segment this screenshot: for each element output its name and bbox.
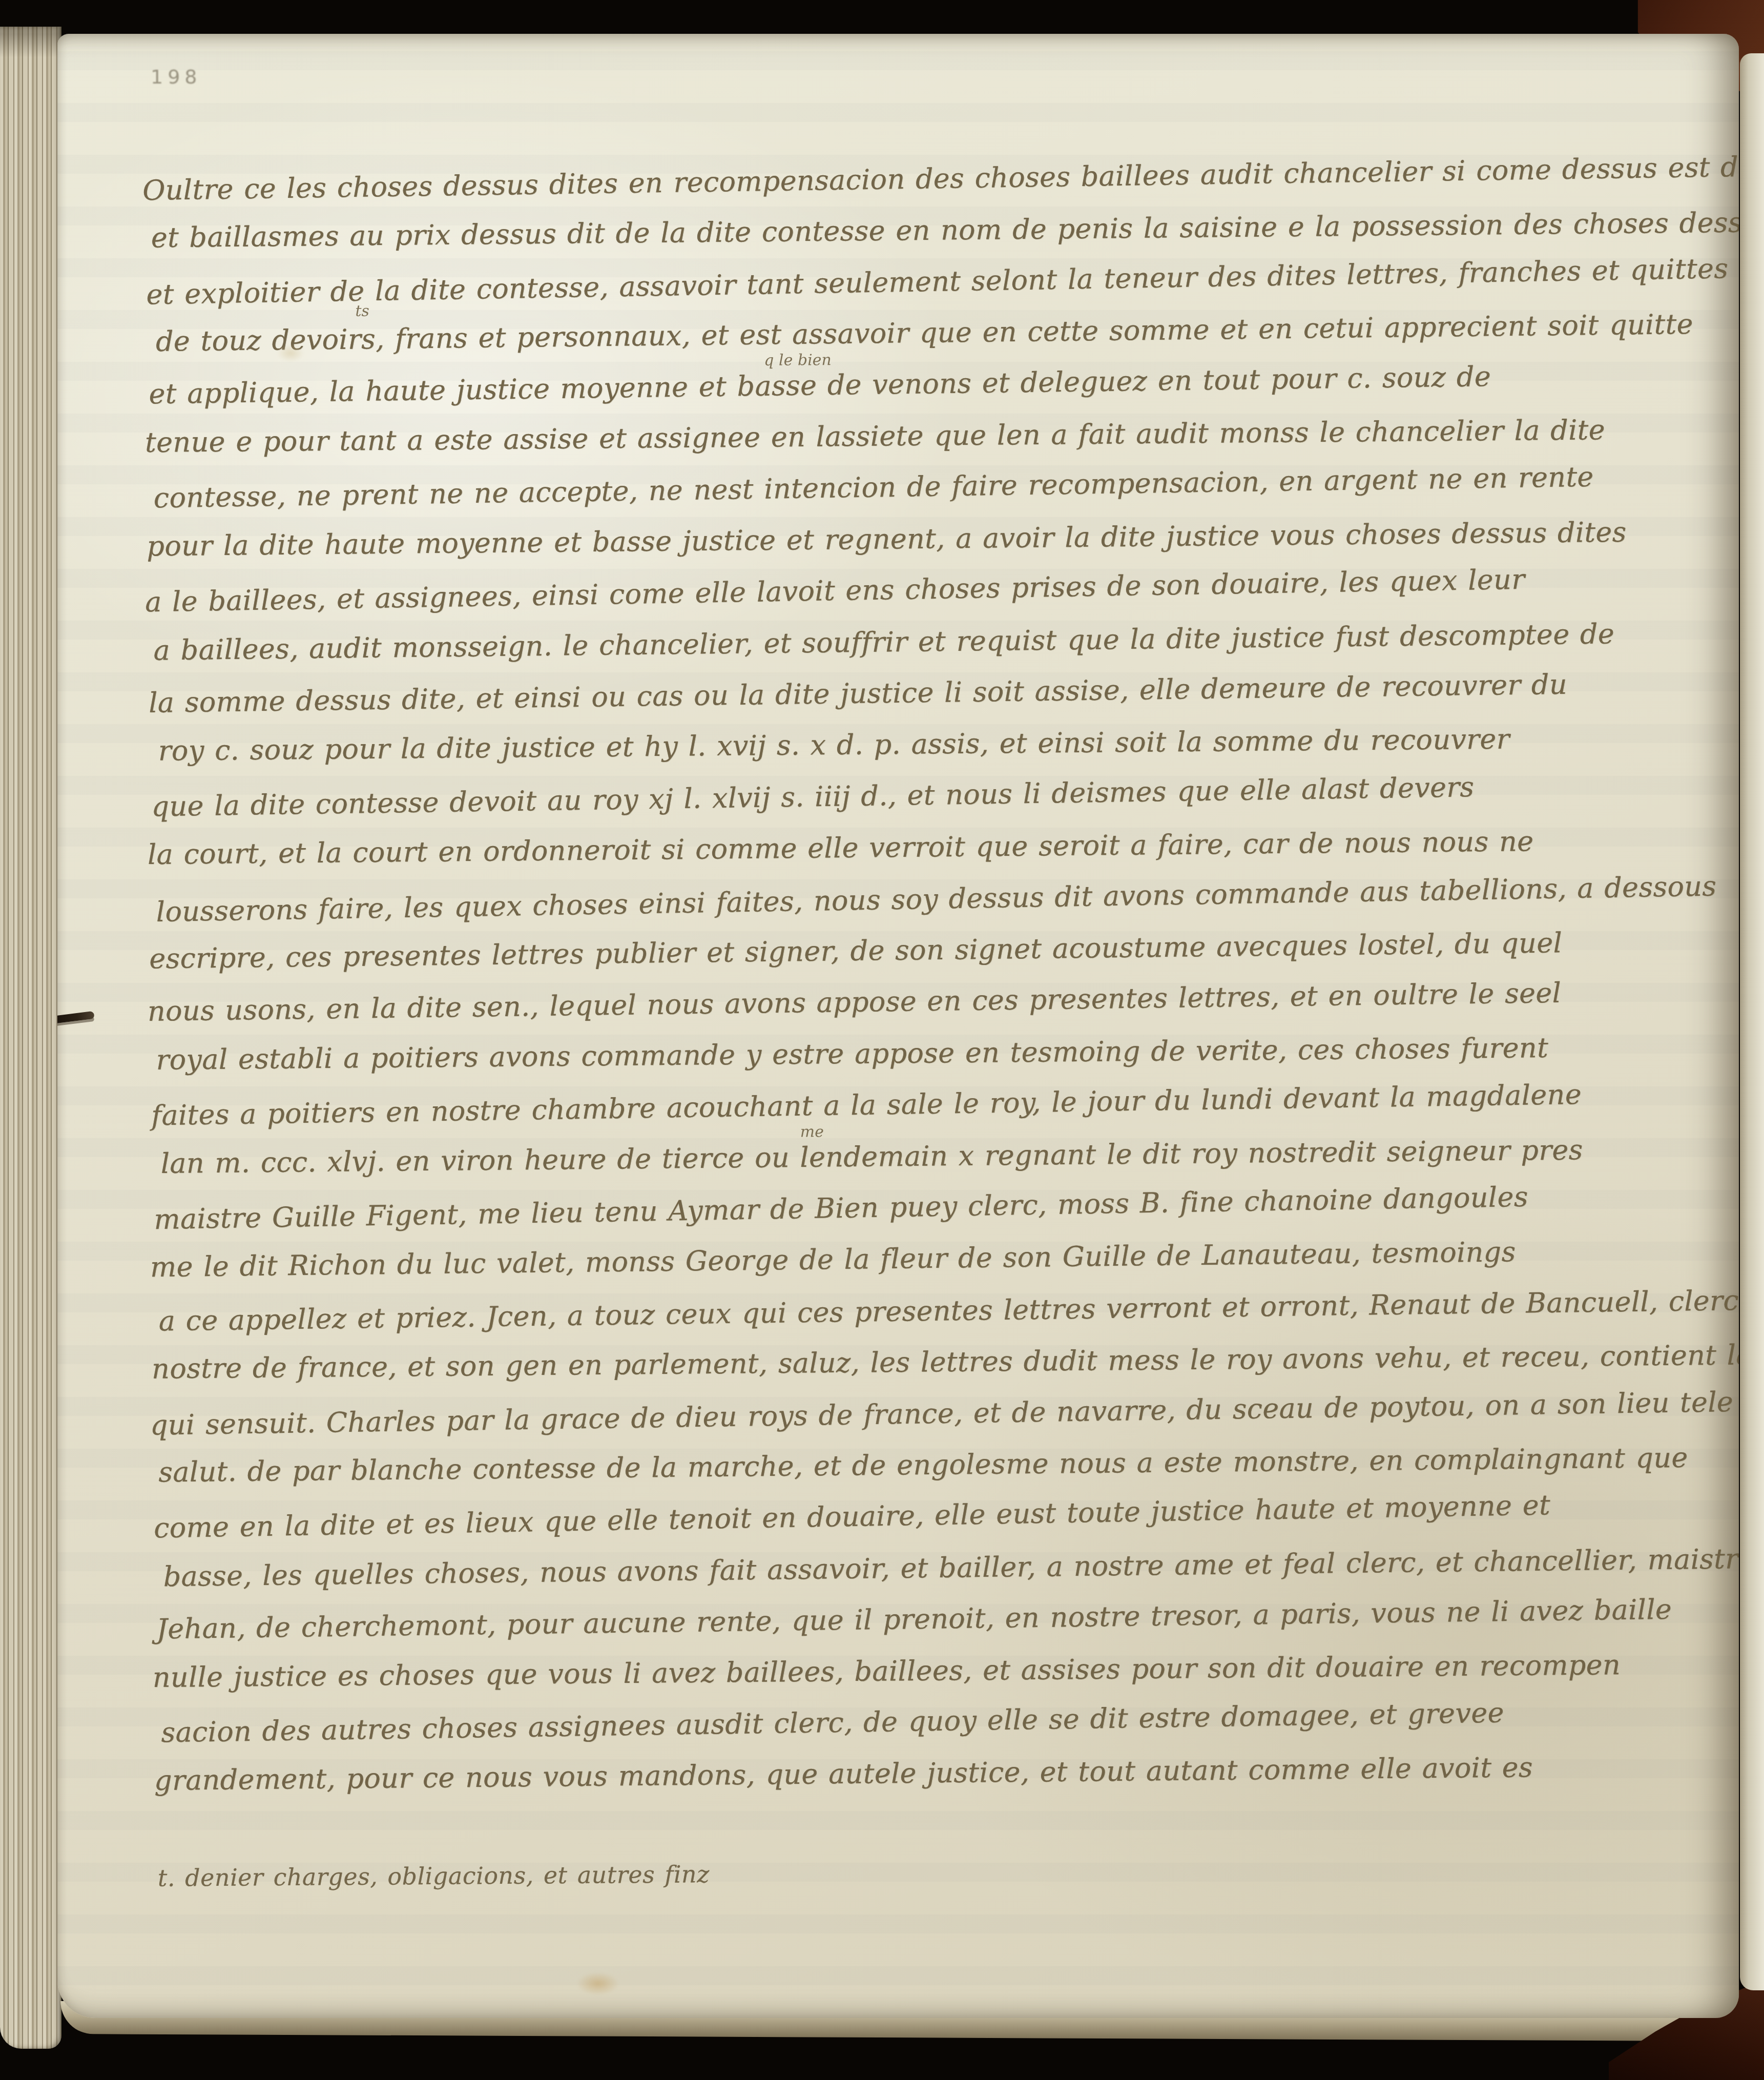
parchment-stain <box>273 341 308 365</box>
text-line: basse, les quelles choses, nous avons fa… <box>163 1543 1739 1593</box>
text-block: Oultre ce les choses dessus dites en rec… <box>142 158 1724 1875</box>
text-line: contesse, ne prent ne ne accepte, ne nes… <box>153 461 1594 514</box>
text-line: de touz devoirs, frans et personnaux, et… <box>156 308 1694 358</box>
text-line: a le baillees, et assignees, einsi come … <box>145 564 1525 619</box>
page-stack-edges <box>0 27 61 2049</box>
text-line: a baillees, audit monsseign. le chanceli… <box>153 618 1614 666</box>
text-line: et baillasmes au prix dessus dit de la d… <box>151 205 1739 254</box>
text-line: qui sensuit. Charles par la grace de die… <box>150 1386 1733 1441</box>
text-line: la court, et la court en ordonneroit si … <box>148 826 1534 871</box>
text-line: nous usons, en la dite sen., lequel nous… <box>148 977 1562 1027</box>
manuscript-photo: 198 Oultre ce les choses dessus dites en… <box>0 0 1764 2080</box>
text-line: a ce appellez et priez. Jcen, a touz ceu… <box>158 1284 1739 1337</box>
text-line: maistre Guille Figent, me lieu tenu Ayma… <box>154 1181 1528 1236</box>
text-line: escripre, ces presentes lettres publier … <box>149 927 1562 975</box>
text-line: grandement, pour ce nous vous mandons, q… <box>154 1752 1533 1797</box>
text-line: come en la dite et es lieux que elle ten… <box>154 1490 1551 1544</box>
text-line: Jehan, de cherchemont, pour aucune rente… <box>156 1594 1672 1645</box>
text-line: et exploitier de la dite contesse, assav… <box>146 253 1729 311</box>
text-line: nulle justice es choses que vous li avez… <box>153 1649 1621 1694</box>
text-line: tenue e pour tant a este assise et assig… <box>145 414 1605 459</box>
text-line: salut. de par blanche contesse de la mar… <box>158 1442 1688 1489</box>
folio-number: 198 <box>151 66 202 88</box>
text-line: sacion des autres choses assignees ausdi… <box>161 1697 1504 1749</box>
text-line: faites a poitiers en nostre chambre acou… <box>151 1079 1582 1132</box>
text-line: la somme dessus dite, et einsi ou cas ou… <box>149 669 1567 719</box>
interlinear-annotation: q le bien <box>764 351 832 369</box>
bottom-note: t. denier charges, obligacions, et autre… <box>158 1860 710 1892</box>
text-line: pour la dite haute moyenne et basse just… <box>147 516 1627 562</box>
parchment-stain <box>570 1968 626 1999</box>
text-line: lousserons faire, les quex choses einsi … <box>156 870 1716 928</box>
facing-page-edge <box>1740 53 1764 1990</box>
text-line: que la dite contesse devoit au roy xj l.… <box>151 771 1475 822</box>
text-line: roy c. souz pour la dite justice et hy l… <box>158 724 1510 767</box>
text-line: nostre de france, et son gen en parlemen… <box>152 1338 1739 1385</box>
margin-dash-mark <box>57 1011 95 1024</box>
interlinear-annotation: ts <box>355 302 369 320</box>
text-line: lan m. ccc. xlvj. en viron heure de tier… <box>160 1134 1583 1180</box>
text-line: Oultre ce les choses dessus dites en rec… <box>142 151 1739 207</box>
manuscript-page: 198 Oultre ce les choses dessus dites en… <box>57 34 1739 2018</box>
text-line: royal establi a poitiers avons commande … <box>156 1032 1548 1076</box>
text-line: me le dit Richon du luc valet, monss Geo… <box>150 1236 1516 1283</box>
interlinear-annotation: me <box>800 1123 824 1141</box>
